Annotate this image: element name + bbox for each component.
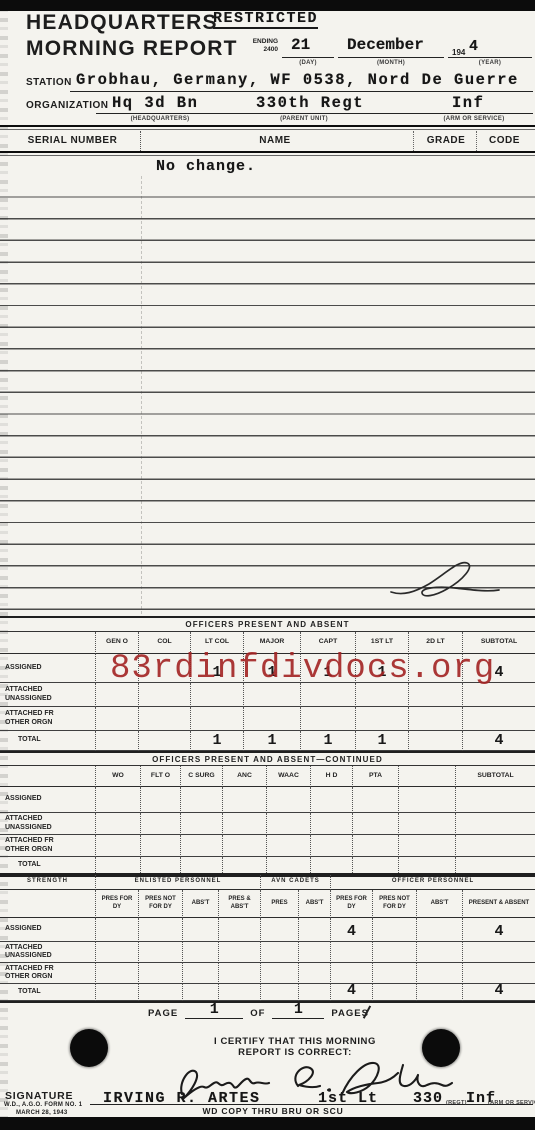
station-label: STATION <box>26 77 72 88</box>
cell <box>260 984 298 1001</box>
cell <box>260 963 298 984</box>
ending-label: ENDING 2400 <box>246 38 278 54</box>
organization-arm: Inf <box>452 94 484 112</box>
morning-report-scan: RESTRICTED HEADQUARTERS MORNING REPORT E… <box>0 0 535 1130</box>
cell <box>416 942 462 963</box>
row-label: TOTAL <box>0 731 95 751</box>
roster-divider <box>476 131 477 151</box>
website-watermark: 83rdinfdivdocs.org <box>110 650 495 688</box>
corner-cell <box>0 890 95 918</box>
col-header: WO <box>95 766 140 787</box>
officers-continued-table: OFFICERS PRESENT AND ABSENT—CONTINUED WO… <box>0 751 535 877</box>
strength-corner: STRENGTH <box>0 875 95 890</box>
col-header: PRES FOR DY <box>330 890 372 918</box>
organization-underline <box>96 113 533 114</box>
cell <box>298 942 330 963</box>
col-header: ANC <box>222 766 266 787</box>
row-label: ASSIGNED <box>0 654 95 683</box>
cell <box>398 813 455 835</box>
cell <box>222 835 266 857</box>
pages-total: 1 <box>272 1002 324 1019</box>
cell: 1 <box>190 731 243 751</box>
rule <box>0 155 535 156</box>
cell <box>95 707 138 731</box>
row-label: ATTACHED FR OTHER ORGN <box>0 835 95 857</box>
cell <box>455 813 535 835</box>
cell <box>138 963 182 984</box>
col-header: WAAC <box>266 766 310 787</box>
roster-col-code: CODE <box>477 135 532 146</box>
day-underline <box>282 57 334 58</box>
officers-continued-title: OFFICERS PRESENT AND ABSENT—CONTINUED <box>0 753 535 766</box>
row-label: ASSIGNED <box>0 918 95 942</box>
col-header: PRES FOR DY <box>95 890 138 918</box>
station-underline <box>70 91 533 92</box>
page-number: 1 <box>185 1002 243 1019</box>
year-prefix: 194 <box>452 48 465 57</box>
organization-hq: Hq 3d Bn <box>112 94 198 112</box>
cell <box>372 918 416 942</box>
cell <box>330 942 372 963</box>
month-value: December <box>347 36 424 54</box>
cell <box>266 813 310 835</box>
cell <box>455 787 535 813</box>
arm-caption: (ARM OR SERVICE) <box>418 116 530 122</box>
col-header: PRES <box>260 890 298 918</box>
form-title-line2: MORNING REPORT <box>26 37 238 61</box>
parent-unit-caption: (PARENT UNIT) <box>248 116 360 122</box>
row-label: ASSIGNED <box>0 787 95 813</box>
col-header: FLT O <box>140 766 180 787</box>
cell <box>218 984 260 1001</box>
cell <box>352 813 398 835</box>
hq-caption: (HEADQUARTERS) <box>108 116 212 122</box>
cell <box>266 835 310 857</box>
station-value: Grobhau, Germany, WF 0538, Nord De Guerr… <box>76 71 519 89</box>
cell <box>138 942 182 963</box>
cell <box>416 963 462 984</box>
cell: 1 <box>300 731 355 751</box>
organization-label: ORGANIZATION <box>26 100 108 111</box>
cell <box>222 787 266 813</box>
cell <box>408 731 462 751</box>
scan-bottom-bar <box>0 1117 535 1130</box>
roster-col-grade: GRADE <box>415 135 477 146</box>
cell <box>372 984 416 1001</box>
col-header: H D <box>310 766 352 787</box>
typed-arm: Inf <box>466 1090 496 1107</box>
roster-divider <box>140 131 141 151</box>
col-header: PRES NOT FOR DY <box>372 890 416 918</box>
cell <box>182 963 218 984</box>
cell <box>140 835 180 857</box>
signature-label: SIGNATURE <box>5 1090 73 1102</box>
col-header <box>398 766 455 787</box>
cell <box>138 918 182 942</box>
col-header: PRES NOT FOR DY <box>138 890 182 918</box>
cell <box>416 984 462 1001</box>
organization-parent-unit: 330th Regt <box>256 94 364 112</box>
cell <box>298 918 330 942</box>
of-label: OF <box>250 1008 265 1019</box>
cell: 4 <box>330 918 372 942</box>
cell <box>95 813 140 835</box>
ending-time: 2400 <box>246 46 278 54</box>
cell <box>180 787 222 813</box>
cell <box>218 942 260 963</box>
cell <box>372 942 416 963</box>
blank-roster-column-guide <box>141 176 142 614</box>
cell: 4 <box>330 984 372 1001</box>
cell <box>218 918 260 942</box>
cell <box>398 787 455 813</box>
cell <box>462 707 535 731</box>
rule <box>0 125 535 127</box>
col-header: C SURG <box>180 766 222 787</box>
cell <box>260 918 298 942</box>
cell <box>352 787 398 813</box>
year-underline <box>448 57 532 58</box>
cell <box>416 918 462 942</box>
cell <box>182 942 218 963</box>
officers-table-title: OFFICERS PRESENT AND ABSENT <box>0 618 535 632</box>
cell <box>95 918 138 942</box>
col-header: PTA <box>352 766 398 787</box>
roster-divider <box>413 131 414 151</box>
cell <box>298 963 330 984</box>
corner-cell <box>0 766 95 787</box>
cell <box>95 731 138 751</box>
form-id-line1: W.D., A.G.O. FORM NO. 1 <box>4 1102 82 1108</box>
row-label: ATTACHED UNASSIGNED <box>0 813 95 835</box>
cell: 4 <box>462 918 535 942</box>
col-header: SUBTOTAL <box>455 766 535 787</box>
classification-stamp: RESTRICTED <box>213 10 318 29</box>
cell <box>310 835 352 857</box>
cell <box>182 918 218 942</box>
cell <box>222 813 266 835</box>
cell <box>138 731 190 751</box>
year-caption: (YEAR) <box>448 60 532 66</box>
cell <box>95 984 138 1001</box>
group-enlisted: ENLISTED PERSONNEL <box>95 875 260 890</box>
certify-line1: I CERTIFY THAT THIS MORNING <box>150 1036 440 1047</box>
year-digit: 4 <box>469 38 478 55</box>
row-label: TOTAL <box>0 984 95 1001</box>
cell <box>95 835 140 857</box>
cell <box>372 963 416 984</box>
cell <box>243 707 300 731</box>
day-value: 21 <box>291 36 310 54</box>
cell <box>180 813 222 835</box>
cell <box>190 707 243 731</box>
cell <box>138 707 190 731</box>
cell <box>462 963 535 984</box>
form-title-line1: HEADQUARTERS <box>26 11 218 35</box>
col-header: ABS'T <box>298 890 330 918</box>
handwritten-signature <box>170 1048 455 1108</box>
group-cadets: AVN CADETS <box>260 875 330 890</box>
col-header: PRES & ABS'T <box>218 890 260 918</box>
col-header: ABS'T <box>416 890 462 918</box>
cell: 1 <box>355 731 408 751</box>
roster-entry: No change. <box>156 158 256 175</box>
cell <box>95 963 138 984</box>
cell <box>398 835 455 857</box>
cell <box>140 787 180 813</box>
cell <box>180 835 222 857</box>
corner-cell <box>0 632 95 654</box>
rule <box>0 129 535 130</box>
cell <box>310 813 352 835</box>
roster-col-name: NAME <box>140 135 410 146</box>
col-header: ABS'T <box>182 890 218 918</box>
pages-label: PAGES <box>331 1008 369 1019</box>
cell: 1 <box>243 731 300 751</box>
cell <box>355 707 408 731</box>
cell <box>95 942 138 963</box>
form-id-line2: MARCH 28, 1943 <box>16 1110 68 1116</box>
cell: 4 <box>462 731 535 751</box>
pen-scribble <box>385 548 505 603</box>
cell <box>310 787 352 813</box>
cell <box>352 835 398 857</box>
punch-hole-left <box>70 1029 108 1067</box>
row-label: ATTACHED FR OTHER ORGN <box>0 707 95 731</box>
cell <box>260 942 298 963</box>
page-label: PAGE <box>148 1008 178 1019</box>
cell <box>330 963 372 984</box>
cell <box>266 787 310 813</box>
cell <box>140 813 180 835</box>
cell <box>182 984 218 1001</box>
cell <box>408 707 462 731</box>
row-label: ATTACHED FR OTHER ORGN <box>0 963 95 984</box>
month-caption: (MONTH) <box>338 60 444 66</box>
strength-table: STRENGTH ENLISTED PERSONNEL AVN CADETS O… <box>0 873 535 1003</box>
cell <box>95 787 140 813</box>
cell: 4 <box>462 984 535 1001</box>
page-line: PAGE 1 OF 1 PAGES <box>148 1002 448 1019</box>
ending-word: ENDING <box>246 38 278 46</box>
row-label: ATTACHED UNASSIGNED <box>0 942 95 963</box>
cell <box>138 984 182 1001</box>
group-officer: OFFICER PERSONNEL <box>330 875 535 890</box>
cell <box>298 984 330 1001</box>
cell <box>218 963 260 984</box>
cell <box>462 942 535 963</box>
cell <box>455 835 535 857</box>
row-label: ATTACHED UNASSIGNED <box>0 683 95 707</box>
col-header: PRESENT & ABSENT <box>462 890 535 918</box>
cell <box>300 707 355 731</box>
day-caption: (DAY) <box>282 60 334 66</box>
roster-col-serial: SERIAL NUMBER <box>10 135 135 146</box>
rule <box>0 151 535 153</box>
month-underline <box>338 57 444 58</box>
